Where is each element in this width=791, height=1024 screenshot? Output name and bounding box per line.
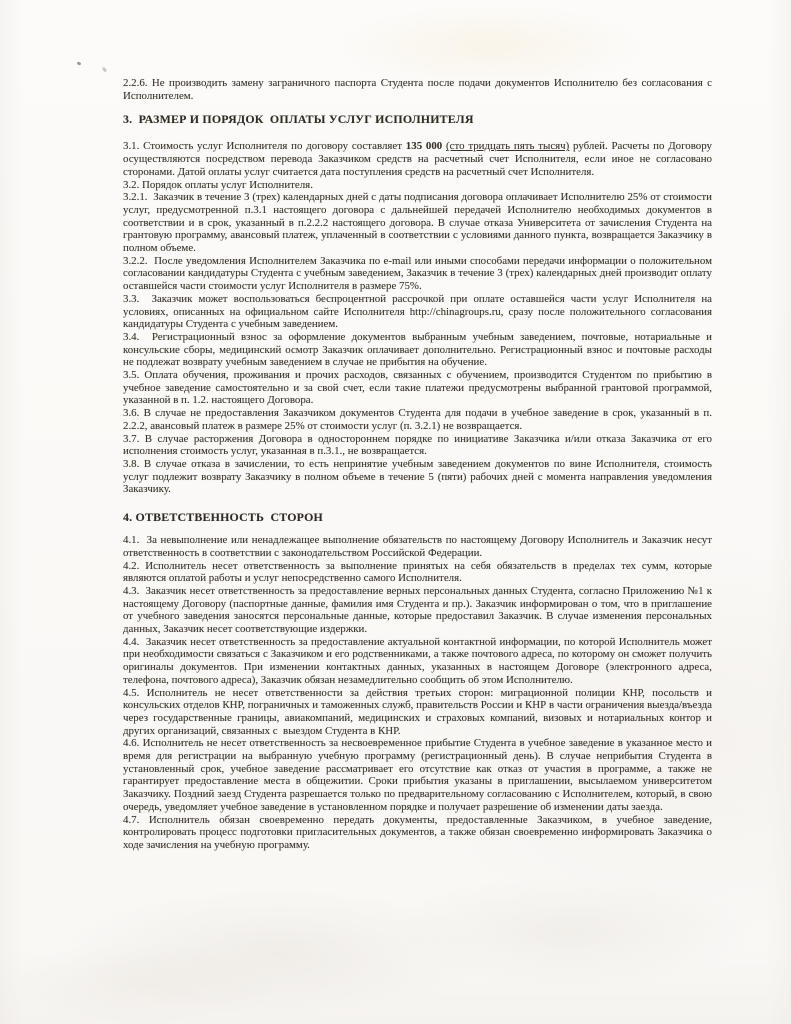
- clause-3-2: 3.2. Порядок оплаты услуг Исполнителя.: [123, 179, 712, 192]
- ink-speck: [102, 67, 107, 73]
- clause-4-2: 4.2. Исполнитель несет ответственность з…: [123, 560, 712, 585]
- clause-3-1: 3.1. Стоимость услуг Исполнителя по дого…: [123, 140, 712, 178]
- ink-speck: [77, 61, 82, 65]
- clause-4-1: 4.1. За невыполнение или ненадлежащее вы…: [123, 534, 712, 559]
- clause-4-3: 4.3. Заказчик несет ответственность за п…: [123, 585, 712, 636]
- section-3-heading: 3. РАЗМЕР И ПОРЯДОК ОПЛАТЫ УСЛУГ ИСПОЛНИ…: [123, 112, 712, 127]
- clause-3-2-2: 3.2.2. После уведомления Исполнителем За…: [123, 255, 712, 293]
- clause-3-2-1: 3.2.1. Заказчик в течение 3 (трех) кален…: [123, 191, 712, 255]
- section-4-heading: 4. ОТВЕТСТВЕННОСТЬ СТОРОН: [123, 510, 712, 525]
- contract-amount: 135 000: [406, 140, 442, 152]
- clause-3-1-pre: 3.1. Стоимость услуг Исполнителя по дого…: [123, 140, 406, 152]
- clause-4-4: 4.4. Заказчик несет ответственность за п…: [123, 636, 712, 687]
- contract-body: 2.2.6. Не производить замену заграничног…: [123, 77, 712, 852]
- clause-3-3: 3.3. Заказчик может воспользоваться бесп…: [123, 293, 712, 331]
- clause-3-7: 3.7. В случае расторжения Договора в одн…: [123, 433, 712, 458]
- clause-2-2-6: 2.2.6. Не производить замену заграничног…: [123, 77, 712, 102]
- clause-4-5: 4.5. Исполнитель не несет ответственност…: [123, 687, 712, 738]
- clause-3-6: 3.6. В случае не предоставления Заказчик…: [123, 407, 712, 432]
- clause-4-7: 4.7. Исполнитель обязан своевременно пер…: [123, 814, 712, 852]
- clause-3-8: 3.8. В случае отказа в зачислении, то ес…: [123, 458, 712, 496]
- clause-3-4: 3.4. Регистрационный взнос за оформление…: [123, 331, 712, 369]
- clause-4-6: 4.6. Исполнитель не несет ответственност…: [123, 737, 712, 813]
- amount-in-words: (сто тридцать пять тысяч): [446, 140, 569, 152]
- clause-3-5: 3.5. Оплата обучения, проживания и прочи…: [123, 369, 712, 407]
- scanned-contract-page: 2.2.6. Не производить замену заграничног…: [0, 0, 791, 1024]
